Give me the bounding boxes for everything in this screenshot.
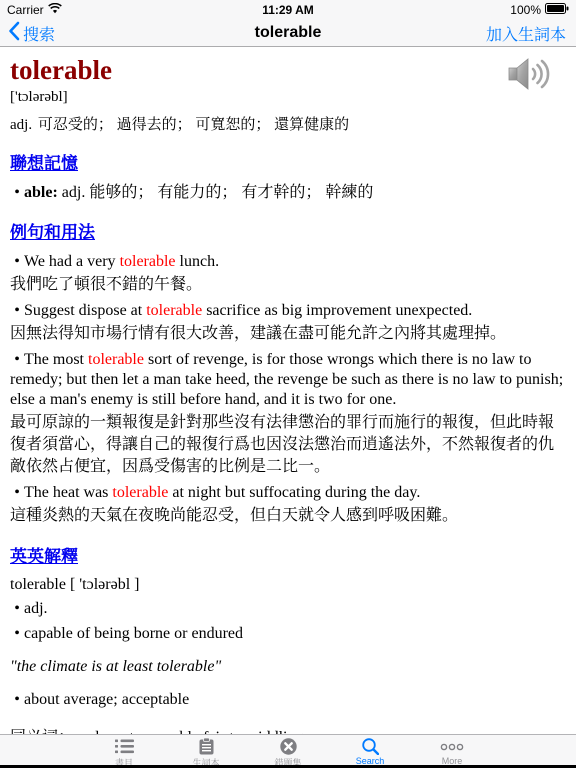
back-chevron-icon bbox=[8, 21, 20, 46]
battery-percent-label: 100% bbox=[510, 3, 541, 17]
clock: 11:29 AM bbox=[262, 3, 314, 17]
example-keyword: tolerable bbox=[120, 253, 176, 270]
tab-wordbook[interactable]: 生詞本 bbox=[165, 735, 247, 768]
bullet-glyph: • bbox=[10, 350, 24, 370]
example-text: lunch. bbox=[176, 253, 220, 270]
bullet-glyph: • bbox=[10, 599, 24, 619]
example-keyword: tolerable bbox=[146, 302, 202, 319]
english-bullet-text: capable of being borne or endured bbox=[24, 625, 243, 642]
section-link-association[interactable]: 聯想記憶 bbox=[10, 149, 78, 174]
list-icon bbox=[115, 738, 134, 755]
example-sentence: •We had a very tolerable lunch. bbox=[10, 252, 566, 272]
bullet-glyph: • bbox=[10, 690, 24, 710]
tab-bar: 書目 生詞本 錯題集 bbox=[0, 734, 576, 765]
english-bullet: •capable of being borne or endured bbox=[10, 624, 566, 644]
back-button[interactable]: 搜索 bbox=[0, 21, 55, 46]
search-icon bbox=[362, 738, 379, 755]
nav-bar: 搜索 tolerable 加入生詞本 bbox=[0, 20, 576, 47]
english-bullet: •about average; acceptable bbox=[10, 690, 566, 710]
example-text: sacrifice as big improvement unexpected. bbox=[202, 302, 472, 319]
app-screen: Carrier 11:29 AM 100% bbox=[0, 0, 576, 768]
example-sentence: •The most tolerable sort of revenge, is … bbox=[10, 350, 566, 410]
part-of-speech: adj. bbox=[10, 117, 32, 133]
definition-text: 可忍受的； 過得去的； 可寬恕的； 還算健康的 bbox=[38, 117, 349, 133]
dictionary-entry: tolerable [ bbox=[0, 47, 576, 747]
bullet-glyph: • bbox=[10, 483, 24, 503]
bullet-glyph: • bbox=[10, 252, 24, 272]
notebook-icon bbox=[199, 738, 214, 755]
example-sentence: •Suggest dispose at tolerable sacrifice … bbox=[10, 301, 566, 321]
bullet-glyph: • bbox=[10, 624, 24, 644]
section-link-english-definition[interactable]: 英英解釋 bbox=[10, 542, 78, 567]
usage-quote: "the climate is at least tolerable" bbox=[10, 658, 566, 676]
english-bullet: •adj. bbox=[10, 599, 566, 619]
add-to-wordbook-button[interactable]: 加入生詞本 bbox=[486, 22, 576, 45]
tab-search[interactable]: Search bbox=[329, 735, 411, 766]
definition-line: adj. 可忍受的； 過得去的； 可寬恕的； 還算健康的 bbox=[10, 113, 566, 134]
back-label: 搜索 bbox=[23, 22, 55, 45]
english-bullet-text: adj. bbox=[24, 600, 48, 617]
association-term: able: bbox=[24, 184, 58, 201]
example-text: The most bbox=[24, 351, 88, 368]
example-translation: 最可原諒的一類報復是針對那些沒有法律懲治的罪行而施行的報復，但此時報復者須當心，… bbox=[10, 412, 566, 478]
speaker-icon[interactable] bbox=[508, 57, 554, 96]
example-keyword: tolerable bbox=[112, 484, 168, 501]
battery-icon bbox=[545, 3, 569, 17]
example-text: We had a very bbox=[24, 253, 120, 270]
example-translation: 我們吃了頓很不錯的午餐。 bbox=[10, 274, 566, 296]
tab-booklist[interactable]: 書目 bbox=[83, 735, 165, 768]
example-text: at night but suffocating during the day. bbox=[168, 484, 420, 501]
status-bar: Carrier 11:29 AM 100% bbox=[0, 0, 576, 20]
example-sentence: •The heat was tolerable at night but suf… bbox=[10, 483, 566, 503]
tab-mistakes[interactable]: 錯題集 bbox=[247, 735, 329, 768]
bullet-glyph: • bbox=[10, 183, 24, 203]
wifi-icon bbox=[48, 3, 62, 17]
association-item: •able: adj. 能够的； 有能力的； 有才幹的； 幹練的 bbox=[10, 183, 566, 203]
pronunciation: ['tɔlərəbl] bbox=[10, 89, 566, 106]
circle-x-icon bbox=[280, 738, 297, 755]
english-bullet-text: about average; acceptable bbox=[24, 691, 189, 708]
example-translation: 這種炎熱的天氣在夜晚尚能忍受，但白天就令人感到呼吸困難。 bbox=[10, 505, 566, 527]
tab-more[interactable]: More bbox=[411, 735, 493, 766]
section-link-examples[interactable]: 例句和用法 bbox=[10, 218, 95, 243]
carrier-label: Carrier bbox=[7, 3, 44, 17]
headword: tolerable bbox=[10, 55, 112, 86]
example-text: Suggest dispose at bbox=[24, 302, 146, 319]
example-text: The heat was bbox=[24, 484, 112, 501]
association-text: adj. 能够的； 有能力的； 有才幹的； 幹練的 bbox=[58, 184, 374, 201]
bullet-glyph: • bbox=[10, 301, 24, 321]
example-translation: 因無法得知市場行情有很大改善，建議在盡可能允許之內將其處理掉。 bbox=[10, 323, 566, 345]
more-icon bbox=[440, 738, 464, 755]
english-headline: tolerable [ 'tɔlərəbl ] bbox=[10, 576, 566, 594]
example-keyword: tolerable bbox=[88, 351, 144, 368]
